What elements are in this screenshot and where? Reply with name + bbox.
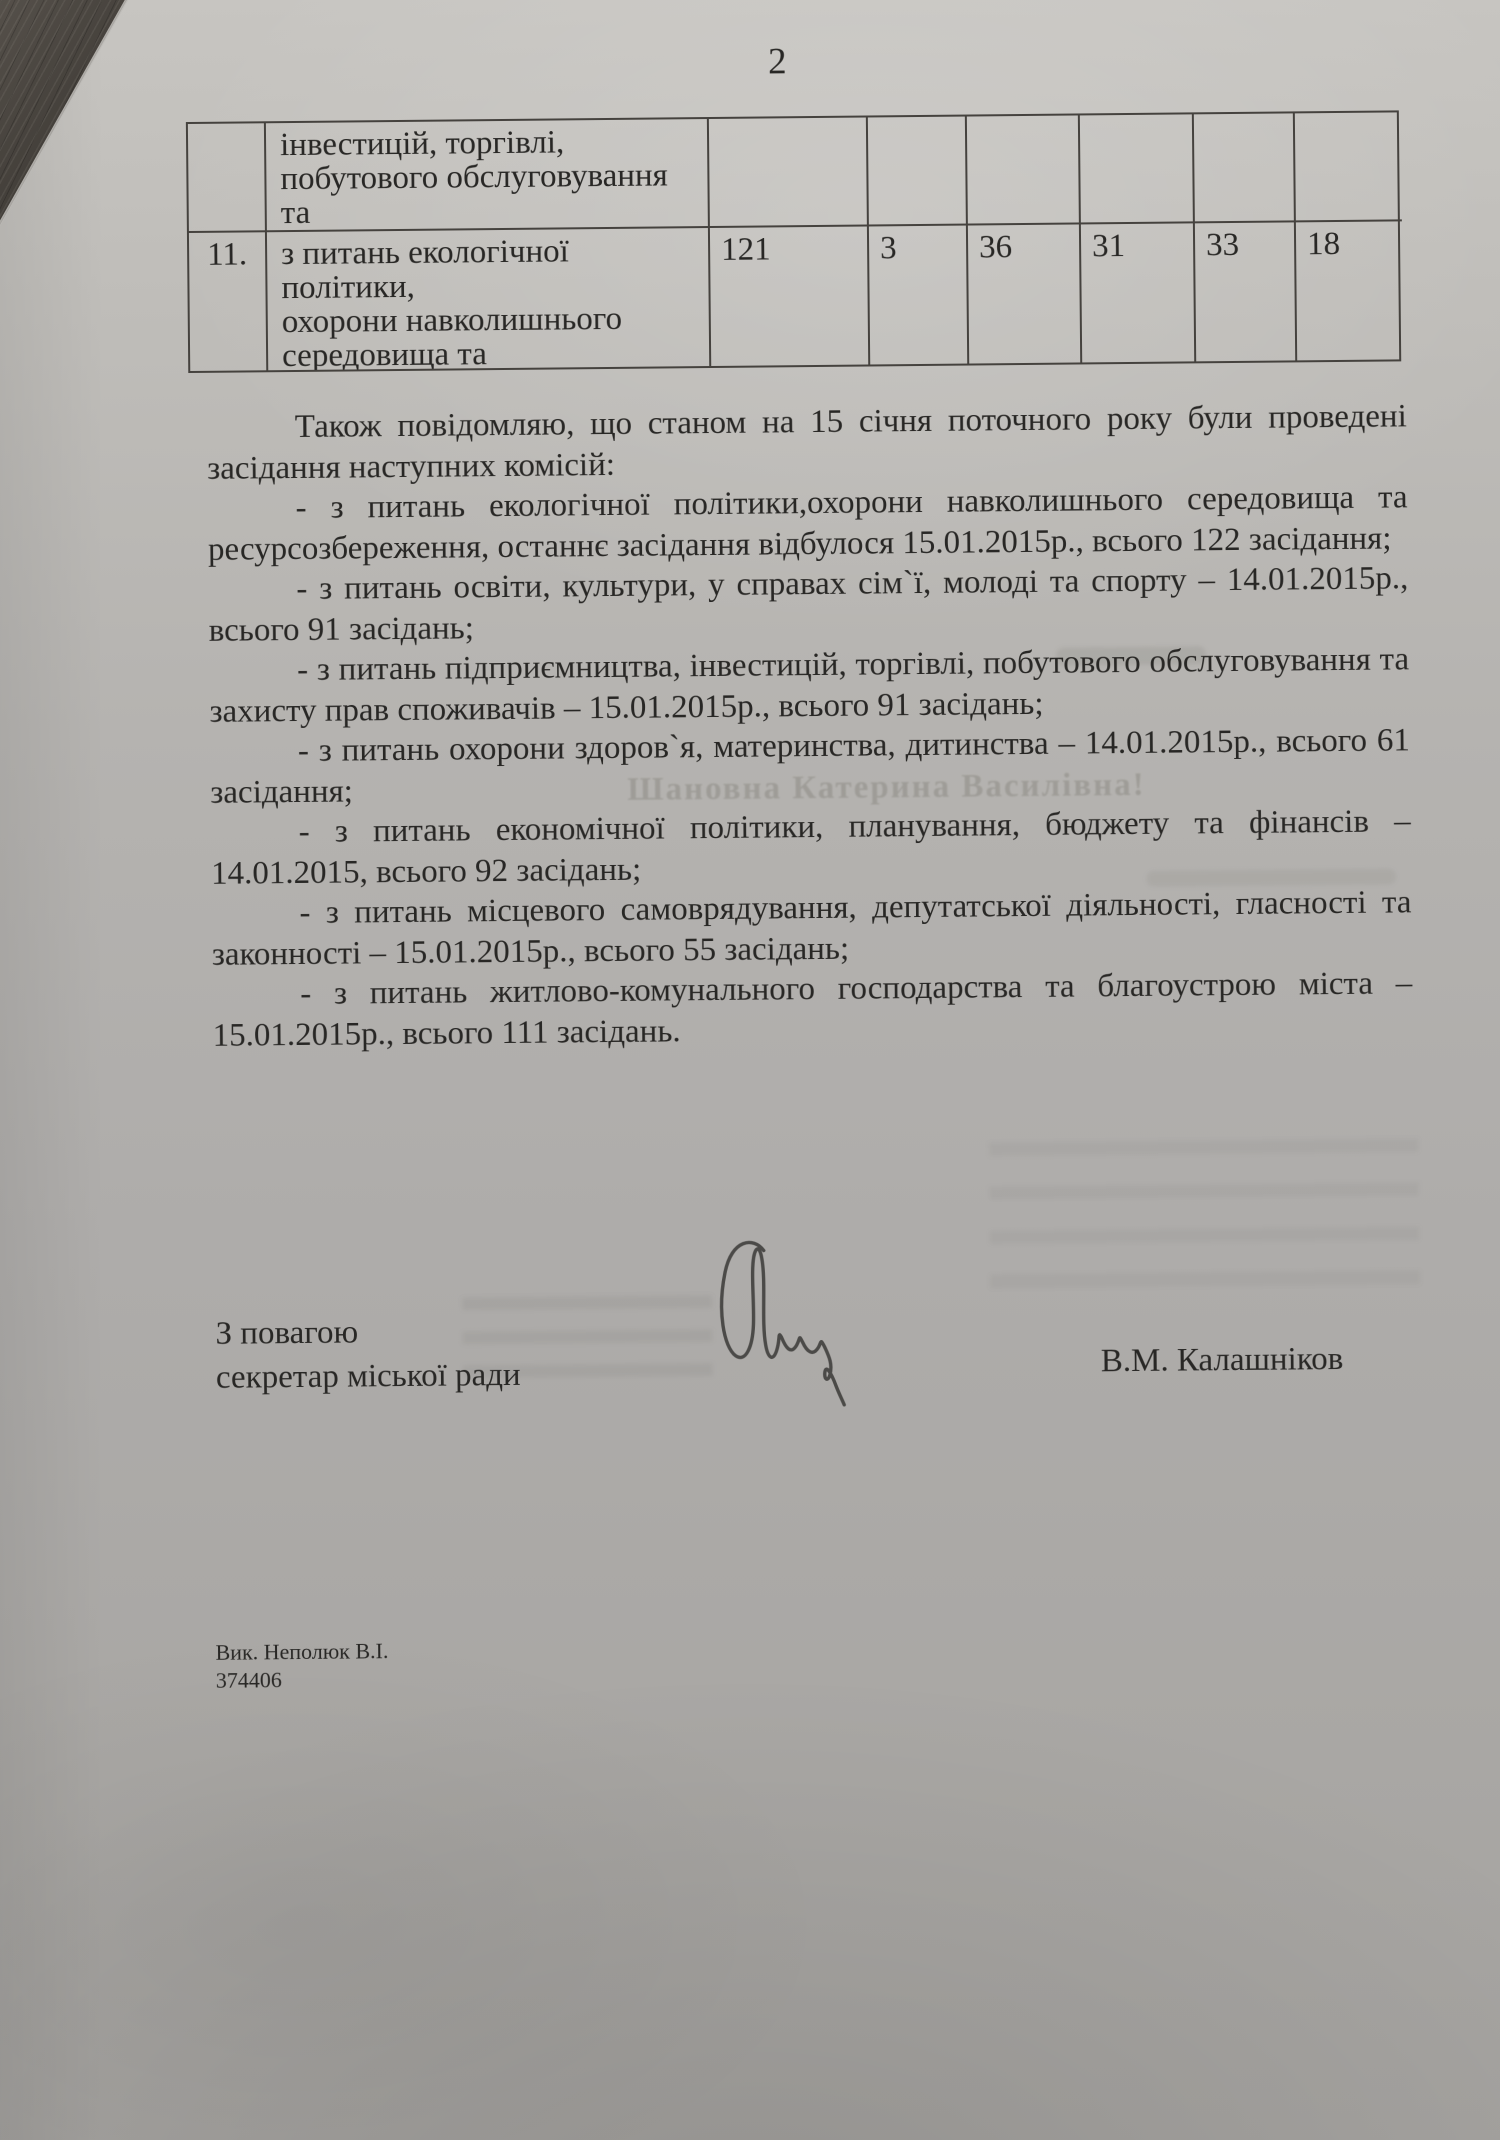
table-cell-description: інвестицій, торгівлі, побутового обслуго… [266, 119, 710, 232]
signatory-name: В.М. Калашніков [1101, 1341, 1344, 1380]
table-cell-value: 18 [1296, 221, 1403, 360]
paragraph: - з питань місцевого самоврядування, деп… [211, 882, 1412, 975]
paragraph: - з питань освіти, культури, у справах с… [208, 558, 1409, 651]
executor-name: Вик. Неполюк В.І. [215, 1638, 388, 1666]
handwritten-signature [702, 1234, 854, 1410]
bleed-through-artifact [989, 1138, 1421, 1317]
table-cell-value [1295, 112, 1402, 222]
table-cell-value [868, 117, 968, 227]
document-photo: Шановна Катерина Василівна! 2 інвестицій… [0, 0, 1500, 2140]
table-cell-value [967, 115, 1081, 225]
paragraph: - з питань економічної політики, планува… [210, 801, 1411, 894]
executor-phone: 374406 [216, 1667, 282, 1694]
page-number: 2 [185, 35, 1370, 89]
paragraph: Також повідомляю, що станом на 15 січня … [207, 396, 1408, 489]
table-cell-value: 33 [1195, 222, 1297, 361]
signature-scribble-svg [702, 1234, 854, 1410]
table-cell-row-number [188, 123, 267, 233]
paragraph: - з питань житлово-комунального господар… [212, 963, 1413, 1056]
table-cell-value: 3 [869, 226, 969, 365]
table-cell-value [1080, 114, 1195, 224]
table-cell-value: 121 [710, 226, 870, 366]
paragraph: - з питань екологічної політики,охорони … [207, 477, 1408, 570]
paragraph: - з питань підприємництва, інвестицій, т… [209, 639, 1410, 732]
document-page: Шановна Катерина Василівна! 2 інвестицій… [0, 0, 1500, 2140]
paragraph: - з питань охорони здоров`я, материнства… [210, 720, 1411, 813]
table-cell-row-number: 11. [189, 232, 268, 371]
table-cell-description: з питань екологічної політики, охорони н… [267, 228, 711, 370]
signature-salutation: З повагою [215, 1310, 358, 1355]
table-cell-value: 31 [1081, 223, 1196, 362]
table-cell-value [1194, 113, 1296, 223]
table-cell-value [709, 117, 869, 228]
signatory-title: секретар міської ради [216, 1353, 521, 1400]
letter-body: Також повідомляю, що станом на 15 січня … [207, 396, 1413, 1055]
table-cell-value: 36 [968, 224, 1082, 363]
commissions-table: інвестицій, торгівлі, побутового обслуго… [186, 110, 1401, 373]
